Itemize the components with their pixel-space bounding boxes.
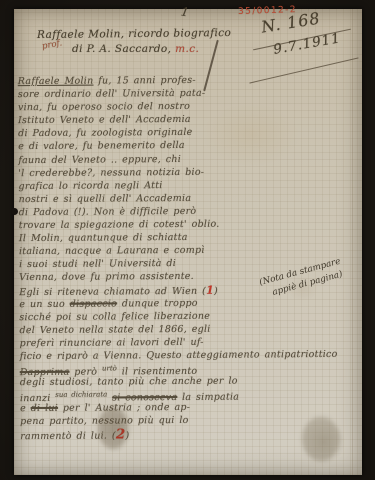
manuscript-segment: italiana, nacque a Laurana e compì <box>19 245 205 257</box>
manuscript-segment: fauna del Veneto .. eppure, chi <box>18 154 181 166</box>
manuscript-segment: dunque troppo <box>117 297 198 309</box>
manuscript-segment-ins: sua dichiarata <box>55 391 107 399</box>
manuscript-segment: Istituto Veneto e dell' Accademia <box>18 114 191 126</box>
manuscript-segment: sicché poi su colla felice liberazione <box>19 310 210 322</box>
manuscript-segment: Vienna, dove fu primo assistente. <box>19 271 194 283</box>
manuscript-segment: sore ordinario dell' Università pata- <box>18 88 206 100</box>
manuscript-segment: i suoi studi nell' Università di <box>19 258 176 270</box>
paper-fold-line <box>352 9 353 475</box>
manuscript-segment: per l' Austria ; onde ap- <box>58 402 190 414</box>
manuscript-segment: vina, fu operoso socio del nostro <box>18 101 190 113</box>
title-red-abbreviation: m.c. <box>175 43 199 55</box>
manuscript-segment: di Padova, fu zoologista originale <box>18 127 192 139</box>
manuscript-segment-ins: urtò <box>102 364 117 372</box>
manuscript-segment: grafica lo ricorda negli Atti <box>18 180 162 192</box>
smudge-stain <box>302 417 340 461</box>
manuscript-segment: Il Molin, quantunque di schiatta <box>19 232 188 244</box>
manuscript-body: Raffaele Molin fu, 15 anni profes-sore o… <box>18 73 338 442</box>
manuscript-segment-red: 1 <box>206 283 214 296</box>
scanned-manuscript-page: 1 35/0012-2 N. 168 9.7.1911 Raffaele Mol… <box>0 0 375 480</box>
date: 9.7.1911 <box>272 30 342 58</box>
manuscript-segment: del Veneto nella state del 1866, egli <box>19 324 210 336</box>
inserted-annotation: prof. <box>41 38 63 51</box>
manuscript-segment: trovare la spiegazione di cotest' oblio. <box>19 219 220 231</box>
manuscript-segment-u: Raffaele Molin <box>18 76 94 88</box>
page-number-mark: 1 <box>180 4 190 19</box>
manuscript-segment: ficio e riparò a Vienna. Questo atteggia… <box>20 349 338 362</box>
manuscript-segment: ) <box>214 285 218 296</box>
smudge-stain <box>98 407 128 449</box>
manuscript-paper: 1 35/0012-2 N. 168 9.7.1911 Raffaele Mol… <box>14 9 362 475</box>
document-title-line1: Raffaele Molin, ricordo biografico <box>37 27 231 41</box>
manuscript-segment-strike: dispaccio <box>70 298 117 309</box>
manuscript-segment: e di valore, fu benemerito della <box>18 140 185 152</box>
manuscript-segment: di Padova (!). Non è difficile però <box>19 206 197 218</box>
manuscript-segment: degli studiosi, tanto più che anche per … <box>20 376 238 389</box>
ink-blot <box>11 208 18 215</box>
title-author: di P. A. Saccardo, <box>72 43 171 55</box>
manuscript-segment: nostri e sì quelli dell' Accademia <box>19 193 192 205</box>
manuscript-line: rammentò di lui. (2) <box>20 426 338 441</box>
manuscript-segment: e <box>20 403 31 414</box>
document-title-line2: di P. A. Saccardo, m.c. <box>72 43 199 55</box>
manuscript-segment: 'l crederebbe?, nessuna notizia bio- <box>18 166 204 178</box>
manuscript-segment: e un suo <box>19 298 69 309</box>
manuscript-segment-strike: di lui <box>31 403 58 414</box>
manuscript-segment: preferì rinunciare ai lavori dell' uf- <box>20 337 204 349</box>
manuscript-segment: fu, 15 anni profes- <box>93 75 195 87</box>
